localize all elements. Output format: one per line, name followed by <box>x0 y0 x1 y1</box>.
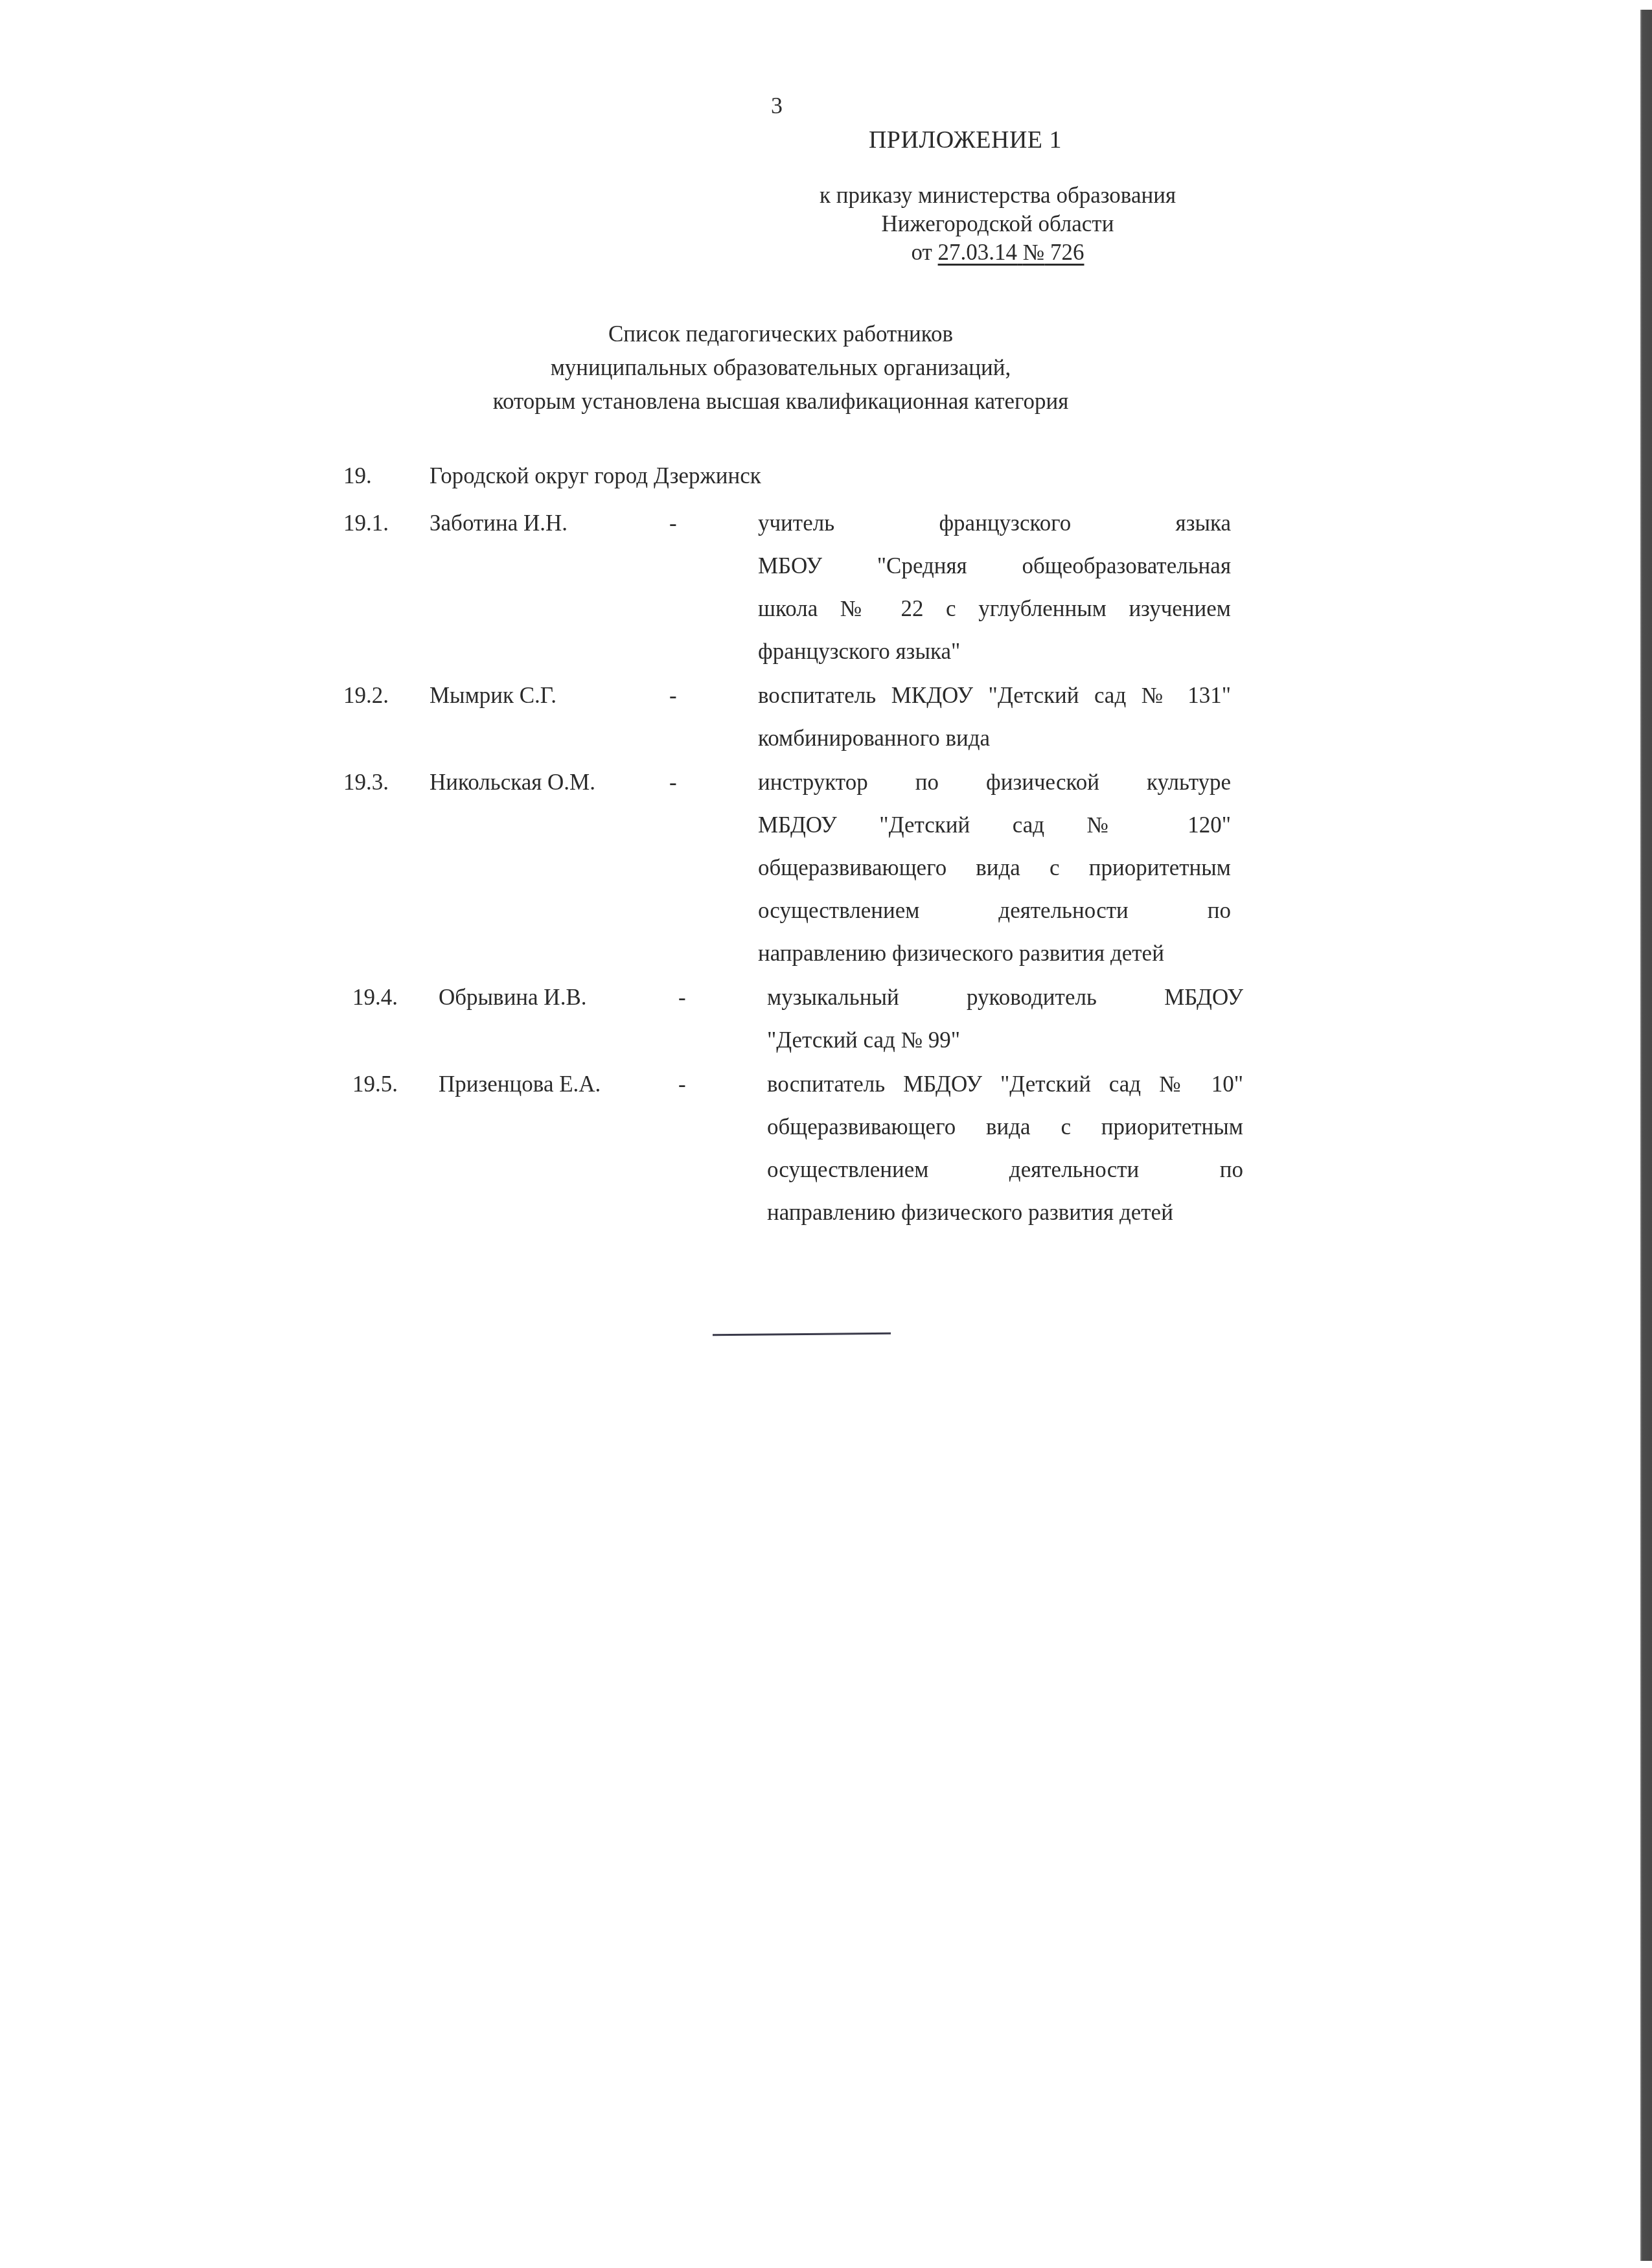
entry-description: музыкальный руководитель МБДОУ"Детский с… <box>767 976 1243 1062</box>
entry-description-line: воспитатель МКДОУ "Детский сад № 131" <box>758 674 1231 717</box>
list-title-line: Список педагогических работников <box>408 317 1153 351</box>
order-date-number: 27.03.14 № 726 <box>938 240 1084 265</box>
entry-description-line: осуществлением деятельности по <box>767 1149 1243 1191</box>
section-title: Городской округ город Дзержинск <box>430 463 761 489</box>
entry-description-line: МБОУ "Средняя общеобразовательная <box>758 545 1231 588</box>
entries-container: 19.1.Заботина И.Н.-учитель французского … <box>343 502 1250 1234</box>
list-title-line: муниципальных образовательных организаци… <box>408 351 1153 385</box>
entry-number: 19.3. <box>343 761 430 804</box>
list-item: 19.3.Никольская О.М.-инструктор по физич… <box>343 761 1250 975</box>
entry-description-line: французского языка" <box>758 630 1231 673</box>
scan-edge-shadow <box>1640 10 1652 2261</box>
entry-number: 19.5. <box>352 1063 439 1106</box>
entry-description-line: направлению физического развития детей <box>758 932 1231 975</box>
entry-dash: - <box>669 674 758 717</box>
entry-description-line: школа № 22 с углубленным изучением <box>758 588 1231 630</box>
entry-description-line: воспитатель МБДОУ "Детский сад № 10" <box>767 1063 1243 1106</box>
order-reference: к приказу министерства образования Нижег… <box>771 181 1224 267</box>
entry-description-line: комбинированного вида <box>758 717 1231 760</box>
entry-description-line: общеразвивающего вида с приоритетным <box>767 1106 1243 1149</box>
entry-description-line: осуществлением деятельности по <box>758 889 1231 932</box>
appendix-title: ПРИЛОЖЕНИЕ 1 <box>842 128 1088 152</box>
entry-name: Обрывина И.В. <box>439 976 678 1019</box>
entry-number: 19.2. <box>343 674 430 717</box>
list-title: Список педагогических работников муницип… <box>408 317 1153 418</box>
list-item: 19.5.Призенцова Е.А.-воспитатель МБДОУ "… <box>352 1063 1250 1234</box>
order-reference-line-1: к приказу министерства образования <box>771 181 1224 210</box>
list-item: 19.4.Обрывина И.В.-музыкальный руководит… <box>352 976 1250 1062</box>
entry-name: Призенцова Е.А. <box>439 1063 678 1106</box>
list-item: 19.1.Заботина И.Н.-учитель французского … <box>343 502 1250 673</box>
entry-name: Мымрик С.Г. <box>430 674 669 717</box>
entry-number: 19.4. <box>352 976 439 1019</box>
list-title-line: которым установлена высшая квалификацион… <box>408 385 1153 418</box>
entry-description-line: учитель французского языка <box>758 502 1231 545</box>
entry-description: воспитатель МБДОУ "Детский сад № 10"обще… <box>767 1063 1243 1234</box>
entry-description: воспитатель МКДОУ "Детский сад № 131"ком… <box>758 674 1231 760</box>
entry-dash: - <box>669 502 758 545</box>
order-date: 27.03.14 <box>938 240 1018 265</box>
entry-dash: - <box>678 1063 767 1106</box>
entry-description-line: "Детский сад № 99" <box>767 1019 1243 1062</box>
staff-list: 19. Городской округ город Дзержинск 19.1… <box>343 463 1250 1235</box>
entry-description: учитель французского языкаМБОУ "Средняя … <box>758 502 1231 673</box>
entry-description-line: общеразвивающего вида с приоритетным <box>758 847 1231 889</box>
entry-description-line: музыкальный руководитель МБДОУ <box>767 976 1243 1019</box>
end-separator-line <box>713 1333 891 1336</box>
section-number: 19. <box>343 463 430 489</box>
order-reference-line-2: Нижегородской области <box>771 210 1224 238</box>
order-reference-line-3: от 27.03.14 № 726 <box>771 238 1224 267</box>
entry-number: 19.1. <box>343 502 430 545</box>
entry-dash: - <box>669 761 758 804</box>
order-number-sign: № <box>1023 240 1044 265</box>
order-date-prefix: от <box>912 240 932 265</box>
entry-description-line: МБДОУ "Детский сад № 120" <box>758 804 1231 847</box>
entry-description: инструктор по физической культуреМБДОУ "… <box>758 761 1231 975</box>
entry-name: Заботина И.Н. <box>430 502 669 545</box>
page-number: 3 <box>771 94 783 117</box>
entry-dash: - <box>678 976 767 1019</box>
entry-name: Никольская О.М. <box>430 761 669 804</box>
list-item: 19.2.Мымрик С.Г.-воспитатель МКДОУ "Детс… <box>343 674 1250 760</box>
entry-description-line: инструктор по физической культуре <box>758 761 1231 804</box>
order-number: 726 <box>1050 240 1084 265</box>
section-heading: 19. Городской округ город Дзержинск <box>343 463 1250 502</box>
entry-description-line: направлению физического развития детей <box>767 1191 1243 1234</box>
